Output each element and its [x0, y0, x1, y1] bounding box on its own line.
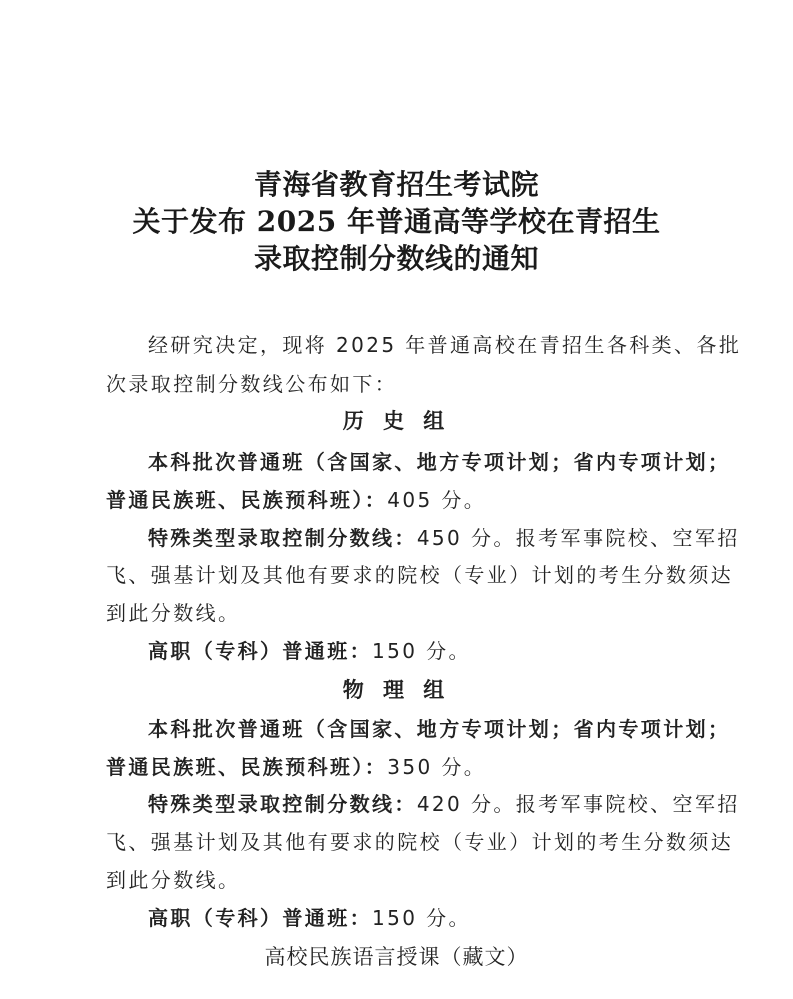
- physics-special-score: 420 分。报考军事院校、空军招: [417, 792, 740, 816]
- history-undergrad-score: 405 分。: [387, 488, 486, 512]
- history-special-label: 特殊类型录取控制分数线：: [148, 526, 417, 550]
- title-line-3: 录取控制分数线的通知: [0, 237, 793, 277]
- history-special-line-1: 特殊类型录取控制分数线：450 分。报考军事院校、空军招: [148, 522, 748, 551]
- physics-undergrad-line-2: 普通民族班、民族预科班）：350 分。: [106, 751, 706, 780]
- section-heading-tibetan: 高校民族语言授课（藏文）: [0, 941, 793, 971]
- section-heading-physics: 物 理 组: [0, 674, 793, 704]
- physics-special-label: 特殊类型录取控制分数线：: [148, 792, 417, 816]
- history-vocational-label: 高职（专科）普通班：: [148, 639, 372, 663]
- history-undergrad-line-1: 本科批次普通班（含国家、地方专项计划；省内专项计划；: [148, 446, 748, 475]
- physics-special-line-3: 到此分数线。: [106, 864, 706, 893]
- title-line-1: 青海省教育招生考试院: [0, 163, 793, 203]
- physics-undergrad-score: 350 分。: [387, 755, 486, 779]
- history-special-score: 450 分。报考军事院校、空军招: [417, 526, 740, 550]
- physics-special-line-1: 特殊类型录取控制分数线：420 分。报考军事院校、空军招: [148, 788, 748, 817]
- history-undergrad-label: 本科批次普通班（含国家、地方专项计划；省内专项计划；: [148, 450, 730, 474]
- history-vocational-score: 150 分。: [372, 639, 471, 663]
- history-special-line-3: 到此分数线。: [106, 597, 706, 626]
- section-heading-history: 历 史 组: [0, 405, 793, 435]
- physics-undergrad-label: 本科批次普通班（含国家、地方专项计划；省内专项计划；: [148, 717, 730, 741]
- physics-vocational-score: 150 分。: [372, 906, 471, 930]
- title-line-2: 关于发布 2025 年普通高等学校在青招生: [0, 200, 793, 240]
- physics-special-line-2: 飞、强基计划及其他有要求的院校（专业）计划的考生分数须达: [106, 826, 706, 855]
- physics-vocational-label: 高职（专科）普通班：: [148, 906, 372, 930]
- history-undergrad-line-2: 普通民族班、民族预科班）：405 分。: [106, 484, 706, 513]
- history-undergrad-label-2: 普通民族班、民族预科班）：: [106, 488, 387, 512]
- physics-vocational-line: 高职（专科）普通班：150 分。: [148, 902, 748, 931]
- physics-undergrad-label-2: 普通民族班、民族预科班）：: [106, 755, 387, 779]
- intro-line-1: 经研究决定，现将 2025 年普通高校在青招生各科类、各批: [148, 329, 748, 358]
- intro-line-2: 次录取控制分数线公布如下：: [106, 368, 706, 397]
- physics-undergrad-line-1: 本科批次普通班（含国家、地方专项计划；省内专项计划；: [148, 713, 748, 742]
- history-vocational-line: 高职（专科）普通班：150 分。: [148, 635, 748, 664]
- history-special-line-2: 飞、强基计划及其他有要求的院校（专业）计划的考生分数须达: [106, 559, 706, 588]
